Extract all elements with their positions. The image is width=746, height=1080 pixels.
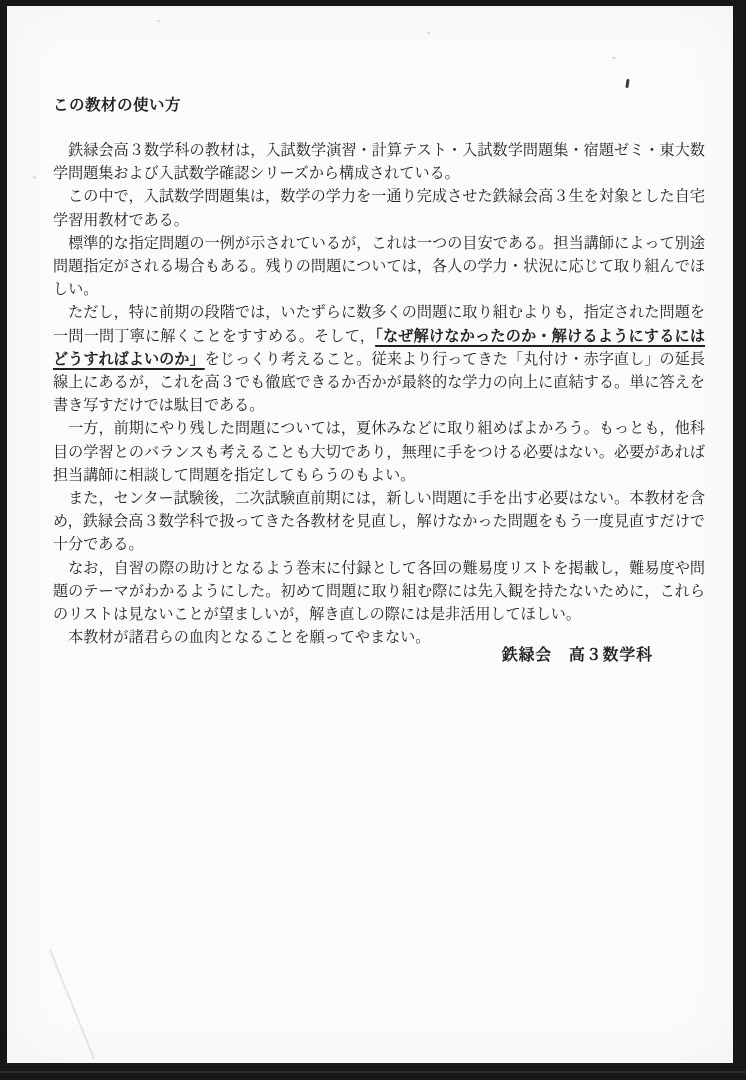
- paragraph: なお，自習の際の助けとなるよう巻末に付録として各回の難易度リストを掲載し，難易度…: [53, 557, 705, 627]
- signature: 鉄緑会 高３数学科: [502, 642, 653, 665]
- document-body: 鉄緑会高３数学科の教材は，入試数学演習・計算テスト・入試数学問題集・宿題ゼミ・東…: [53, 139, 705, 649]
- paragraph: 標準的な指定問題の一例が示されているが，これは一つの目安である。担当講師によって…: [53, 232, 705, 302]
- document-page: この教材の使い方 鉄緑会高３数学科の教材は，入試数学演習・計算テスト・入試数学問…: [7, 6, 733, 1063]
- scanner-background: この教材の使い方 鉄緑会高３数学科の教材は，入試数学演習・計算テスト・入試数学問…: [0, 0, 746, 1080]
- text-segment: この中で，入試数学問題集は，数学の学力を一通り完成させた鉄緑会高３生を対象とした…: [53, 188, 705, 228]
- text-segment: 鉄緑会高３数学科の教材は，入試数学演習・計算テスト・入試数学問題集・宿題ゼミ・東…: [53, 142, 705, 182]
- scan-crease-artifact: [49, 949, 95, 1059]
- paragraph: また，センター試験後，二次試験直前期には，新しい問題に手を出す必要はない。本教材…: [53, 487, 705, 557]
- text-segment: 一方，前期にやり残した問題については，夏休みなどに取り組めばよかろう。もっとも，…: [53, 420, 705, 483]
- scan-speck-artifact: [427, 32, 430, 34]
- text-segment: また，センター試験後，二次試験直前期には，新しい問題に手を出す必要はない。本教材…: [53, 490, 705, 553]
- paragraph: ただし，特に前期の段階では，いたずらに数多くの問題に取り組むよりも，指定された問…: [53, 301, 705, 417]
- signature-row: 鉄緑会 高３数学科: [53, 642, 705, 665]
- text-segment: 標準的な指定問題の一例が示されているが，これは一つの目安である。担当講師によって…: [53, 235, 705, 298]
- scanner-seam: [0, 1071, 746, 1073]
- paragraph: この中で，入試数学問題集は，数学の学力を一通り完成させた鉄緑会高３生を対象とした…: [53, 185, 705, 231]
- paragraph: 鉄緑会高３数学科の教材は，入試数学演習・計算テスト・入試数学問題集・宿題ゼミ・東…: [53, 139, 705, 185]
- scan-speck-artifact: [33, 176, 36, 179]
- scan-speck-artifact: [157, 20, 160, 22]
- scan-speck-artifact: [612, 57, 616, 59]
- document-title: この教材の使い方: [53, 93, 181, 115]
- paragraph: 一方，前期にやり残した問題については，夏休みなどに取り組めばよかろう。もっとも，…: [53, 417, 705, 487]
- scan-speck-artifact: [625, 79, 629, 88]
- text-segment: なお，自習の際の助けとなるよう巻末に付録として各回の難易度リストを掲載し，難易度…: [53, 560, 705, 623]
